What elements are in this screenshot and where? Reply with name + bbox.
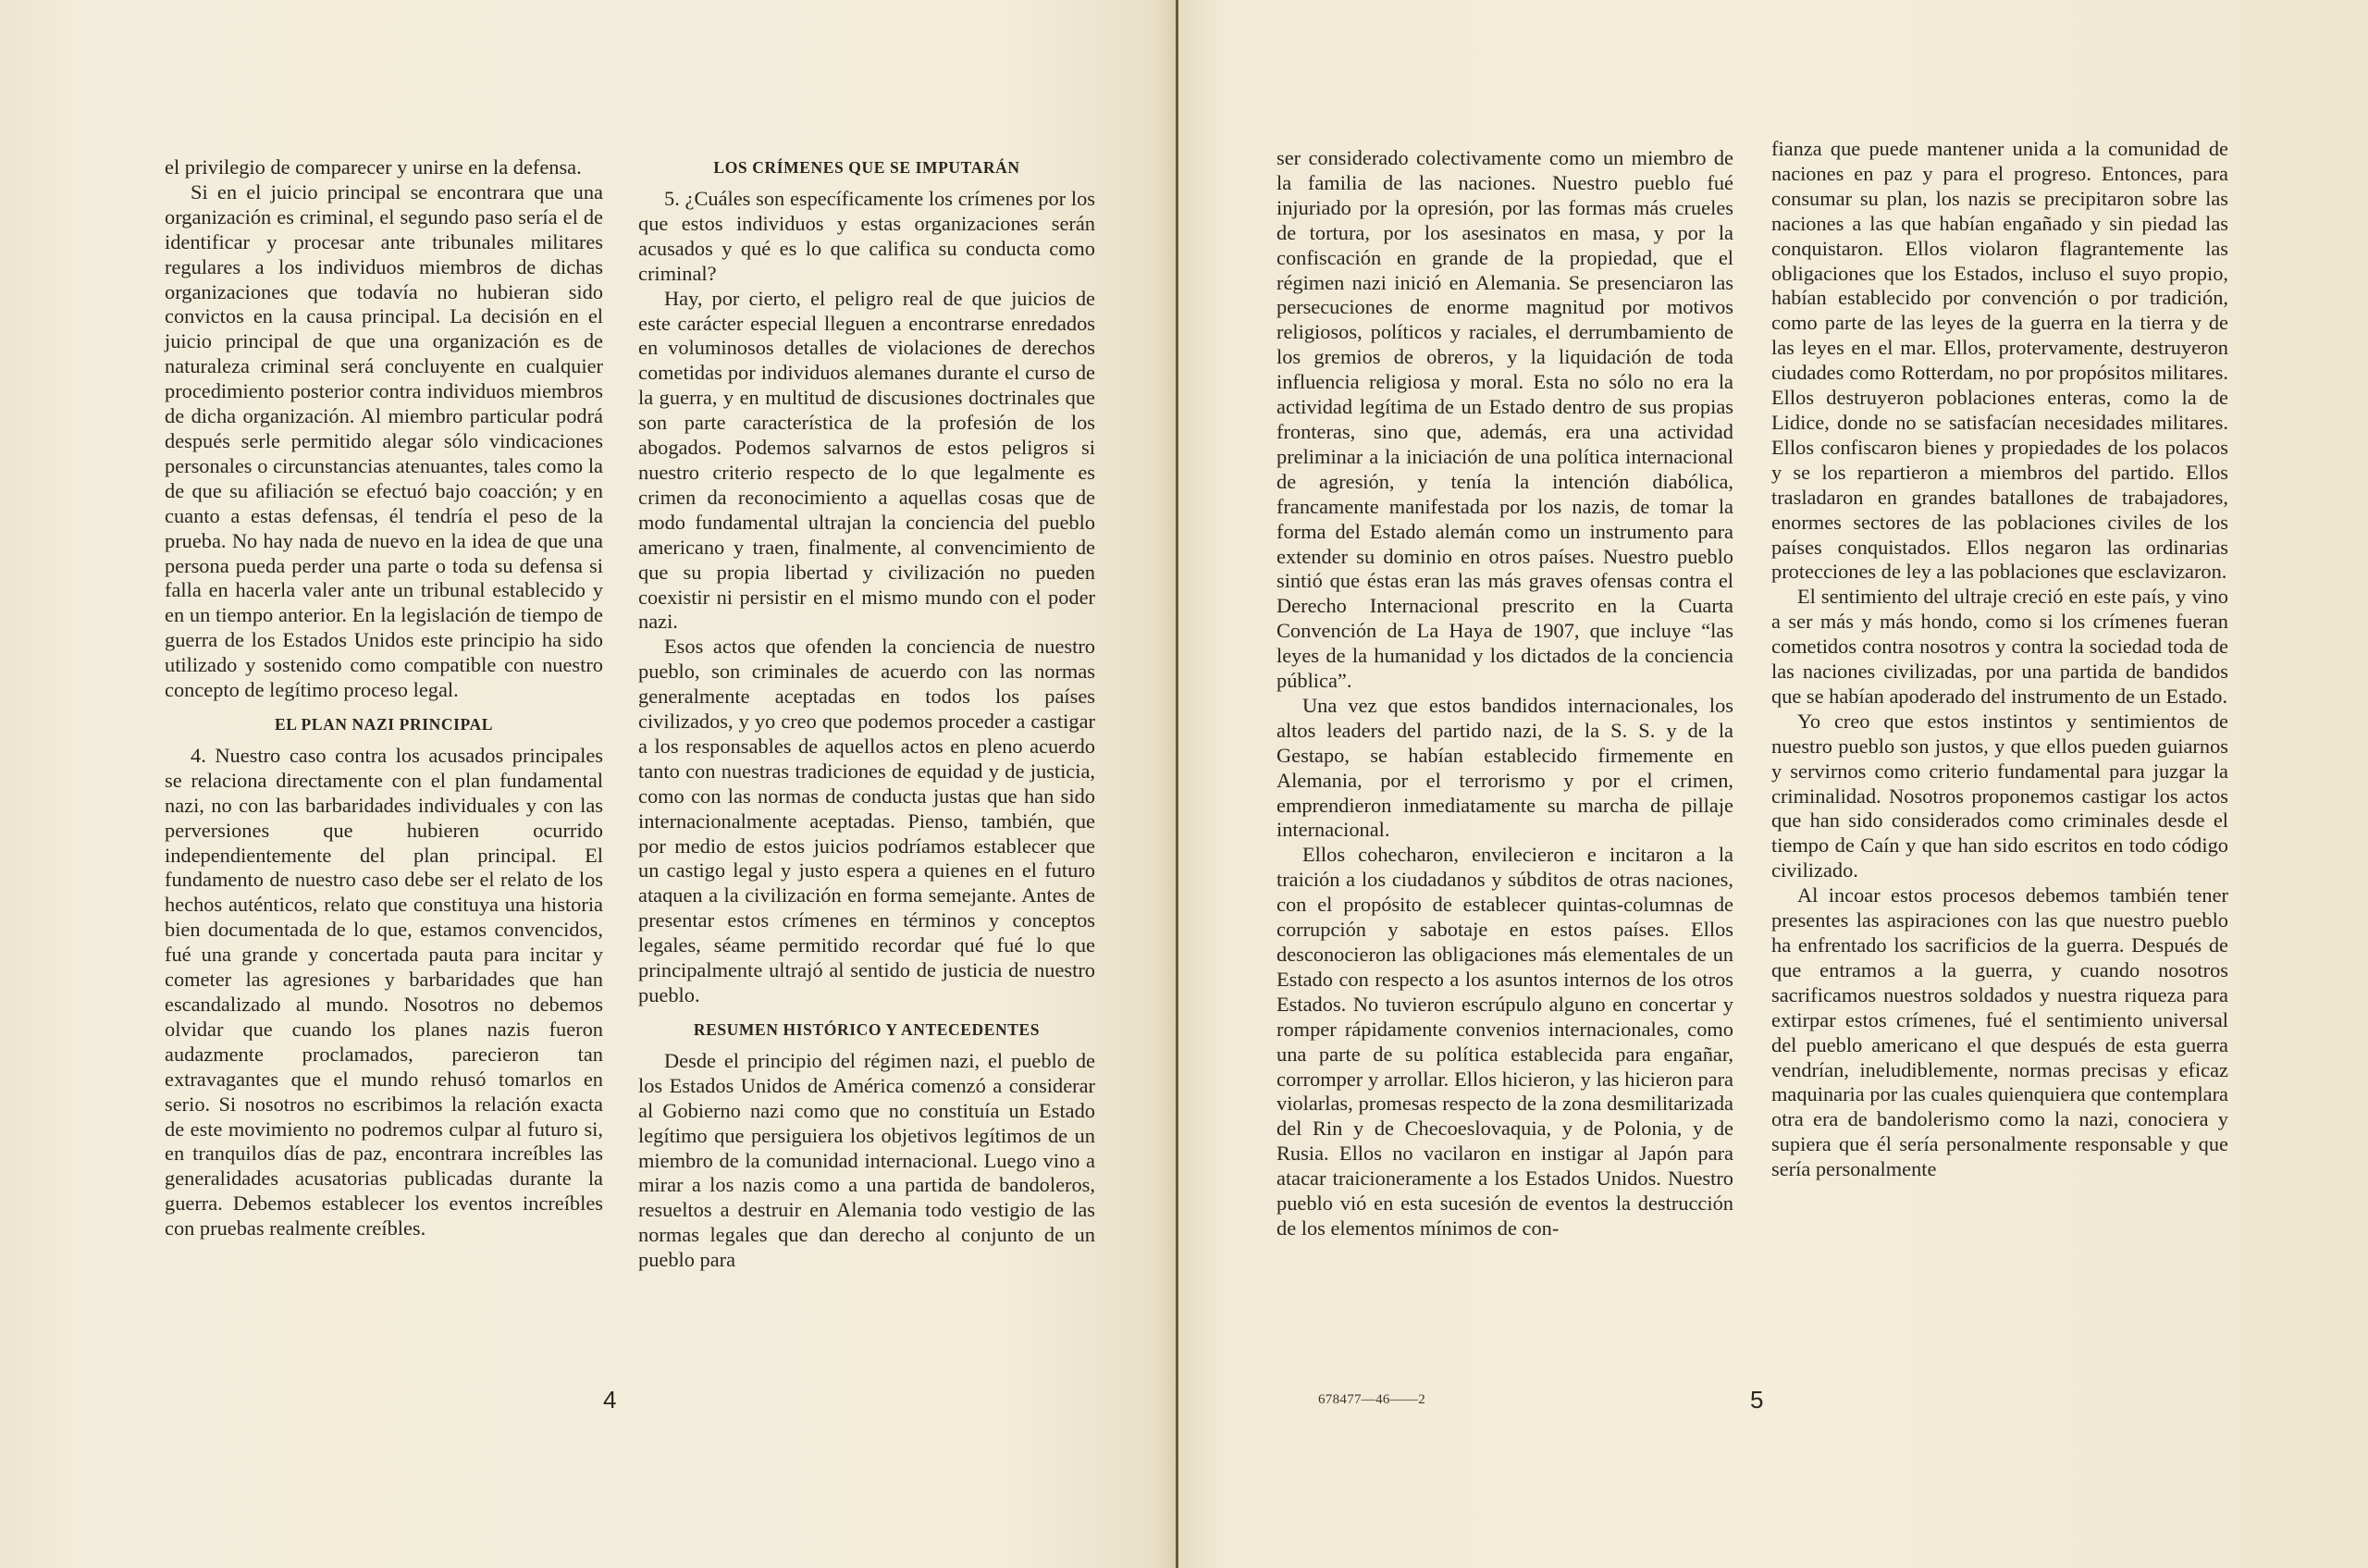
paragraph: Hay, por cierto, el peligro real de que … (638, 287, 1095, 636)
book-spread: el privilegio de comparecer y unirse en … (0, 0, 2368, 1568)
left-page-column-1: el privilegio de comparecer y unirse en … (165, 155, 603, 1241)
section-heading: LOS CRÍMENES QUE SE IMPUTARÁN (638, 157, 1095, 178)
paragraph: 5. ¿Cuáles son específicamente los críme… (638, 187, 1095, 287)
right-page-column-1: ser considerado colectivamente como un m… (1276, 146, 1733, 1241)
book-gutter (1176, 0, 1178, 1568)
page-number-right: 5 (1750, 1386, 1763, 1414)
right-page-column-2: fianza que puede mantener unida a la com… (1771, 137, 2228, 1182)
paragraph: Al incoar estos procesos debemos también… (1771, 883, 2228, 1182)
paragraph: Esos actos que ofenden la conciencia de … (638, 635, 1095, 1008)
paragraph: Si en el juicio principal se encontrara … (165, 180, 603, 703)
section-heading: EL PLAN NAZI PRINCIPAL (165, 714, 603, 735)
paragraph: Ellos cohecharon, envilecieron e incitar… (1276, 843, 1733, 1241)
section-heading: RESUMEN HISTÓRICO Y ANTECEDENTES (638, 1019, 1095, 1040)
paragraph: ser considerado colectivamente como un m… (1276, 146, 1733, 694)
printer-code: 678477—46——2 (1318, 1392, 1425, 1408)
left-page-column-2: LOS CRÍMENES QUE SE IMPUTARÁN 5. ¿Cuáles… (638, 157, 1095, 1273)
page-number-left: 4 (603, 1386, 616, 1414)
paragraph: El sentimiento del ultraje creció en est… (1771, 585, 2228, 710)
paragraph: Una vez que estos bandidos internacional… (1276, 694, 1733, 843)
paragraph: Yo creo que estos instintos y sentimient… (1771, 710, 2228, 883)
paragraph: Desde el principio del régimen nazi, el … (638, 1049, 1095, 1273)
paragraph: 4. Nuestro caso contra los acusados prin… (165, 744, 603, 1241)
paragraph: fianza que puede mantener unida a la com… (1771, 137, 2228, 585)
paragraph: el privilegio de comparecer y unirse en … (165, 155, 603, 180)
